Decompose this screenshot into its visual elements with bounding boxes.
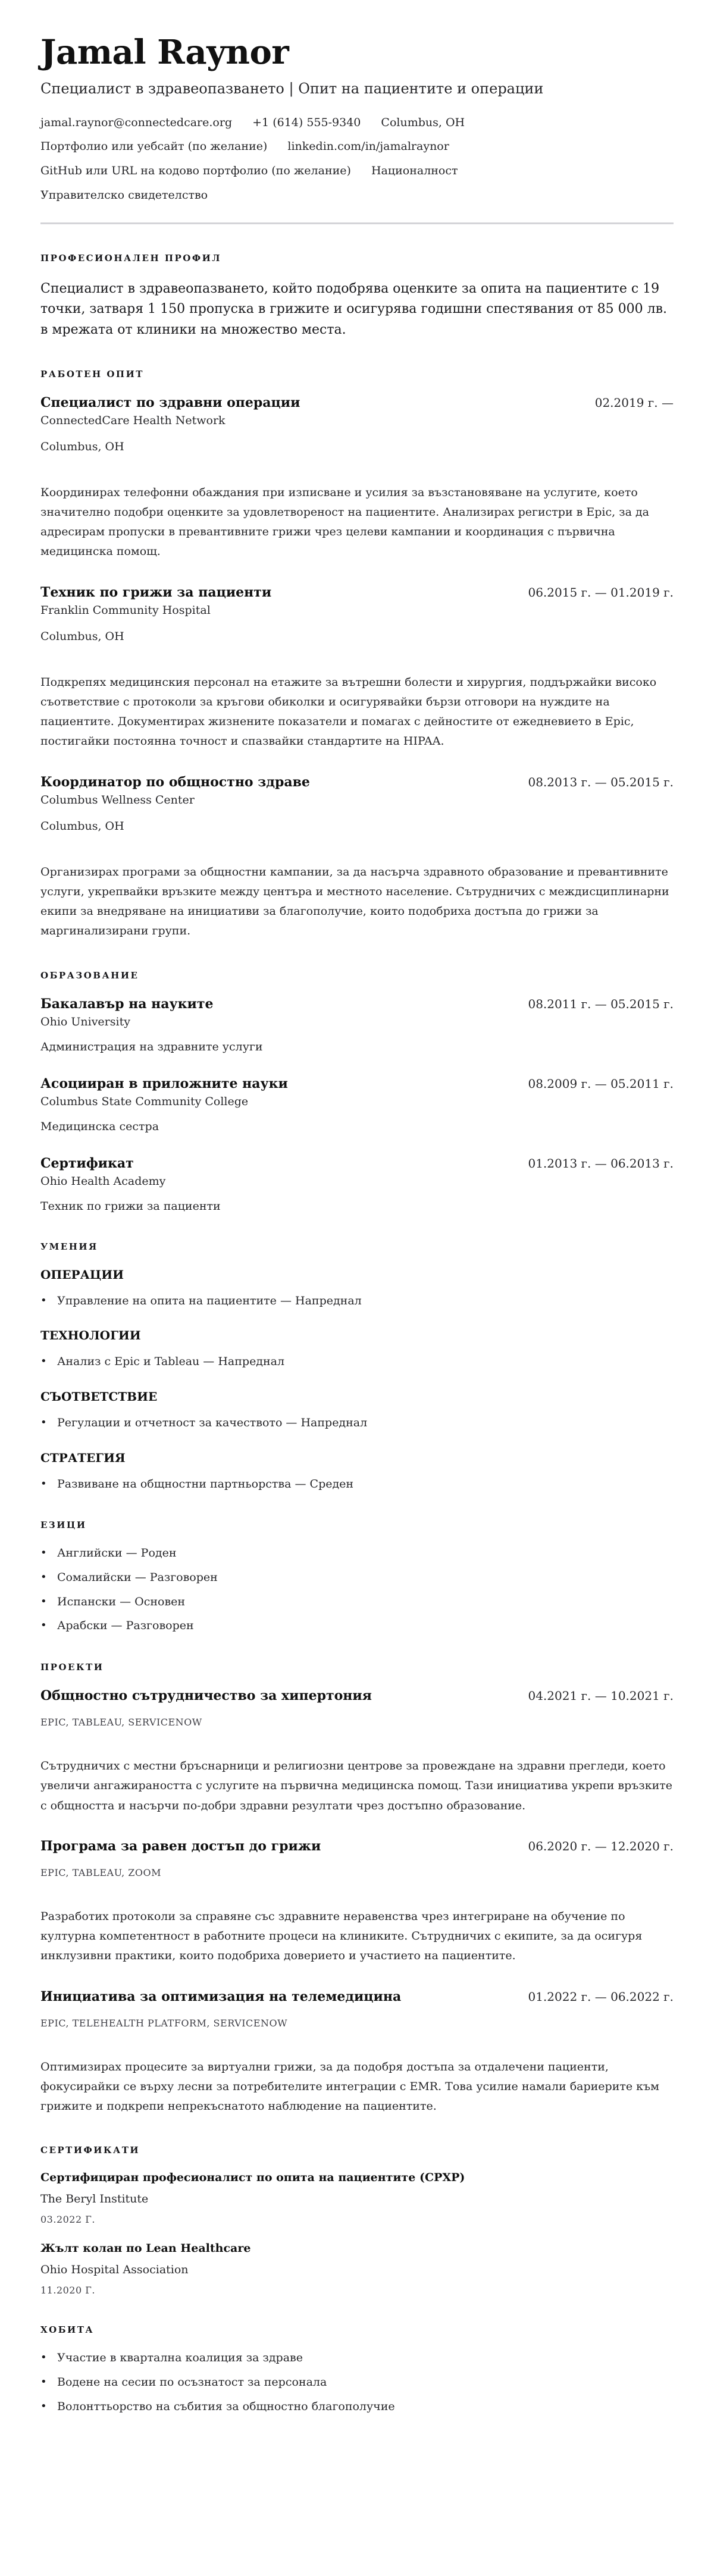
headline: Специалист в здравеопазването | Опит на …: [40, 80, 674, 98]
portfolio-link[interactable]: Портфолио или уебсайт (по желание): [40, 140, 267, 153]
section-title: Сертификати: [40, 2145, 674, 2155]
education-entry: Бакалавър на науките08.2011 г. — 05.2015…: [40, 996, 674, 1053]
experience-list: Специалист по здравни операции02.2019 г.…: [40, 395, 674, 942]
employer: Columbus Wellness Center: [40, 793, 674, 807]
skill-group: СТРАТЕГИЯРазвиване на общностни партньор…: [40, 1451, 674, 1492]
education-section: Образование Бакалавър на науките08.2011 …: [40, 970, 674, 1213]
section-title: Проекти: [40, 1662, 674, 1673]
project-dates: 06.2020 г. — 12.2020 г.: [528, 1839, 674, 1853]
experience-section: Работен опит Специалист по здравни опера…: [40, 369, 674, 942]
degree: Сертификат: [40, 1156, 134, 1171]
certificate-title: Жълт колан по Lean Healthcare: [40, 2242, 674, 2255]
hobby-item: Водене на сесии по осъзнатост за персона…: [40, 2375, 674, 2390]
license-text: Управителско свидетелство: [40, 189, 208, 202]
skill-item: Управление на опита на пациентите — Напр…: [40, 1294, 674, 1309]
github-link[interactable]: GitHub или URL на кодово портфолио (по ж…: [40, 164, 351, 177]
project-description: Разработих протоколи за справяне със здр…: [40, 1907, 674, 1966]
skill-item: Развиване на общностни партньорства — Ср…: [40, 1477, 674, 1492]
profile-summary: Специалист в здравеопазването, който под…: [40, 279, 674, 340]
hobbies-list: Участие в квартална коалиция за здравеВо…: [40, 2351, 674, 2414]
entry-header: Координатор по общностно здраве08.2013 г…: [40, 774, 674, 790]
skills-list: ОПЕРАЦИИУправление на опита на пациентит…: [40, 1267, 674, 1492]
certificate-issuer: Ohio Hospital Association: [40, 2263, 674, 2276]
job-dates: 08.2013 г. — 05.2015 г.: [528, 775, 674, 789]
skill-group: СЪОТВЕТСТВИЕРегулации и отчетност за кач…: [40, 1389, 674, 1430]
job-description: Координирах телефонни обаждания при изпи…: [40, 483, 674, 562]
section-title: Образование: [40, 970, 674, 981]
skill-group: ТЕХНОЛОГИИАнализ с Epic и Tableau — Напр…: [40, 1328, 674, 1369]
education-list: Бакалавър на науките08.2011 г. — 05.2015…: [40, 996, 674, 1213]
certificate-issuer: The Beryl Institute: [40, 2192, 674, 2205]
candidate-name: Jamal Raynor: [40, 33, 674, 71]
field-of-study: Техник по грижи за пациенти: [40, 1200, 674, 1213]
certificate-title: Сертифициран професионалист по опита на …: [40, 2171, 674, 2184]
school: Columbus State Community College: [40, 1095, 674, 1108]
certificate-date: 03.2022 Г.: [40, 2214, 674, 2225]
phone-text: +1 (614) 555-9340: [252, 116, 361, 129]
job-dates: 02.2019 г. —: [595, 396, 674, 410]
skill-group-title: ОПЕРАЦИИ: [40, 1267, 674, 1282]
certificates-section: Сертификати Сертифициран професионалист …: [40, 2145, 674, 2296]
project-tags: Epic, Telehealth Platform, ServiceNow: [40, 2017, 674, 2029]
section-title: Езици: [40, 1520, 674, 1530]
contact-info: jamal.raynor@connectedcare.org +1 (614) …: [40, 115, 674, 203]
experience-entry: Техник по грижи за пациенти06.2015 г. — …: [40, 585, 674, 752]
certificates-list: Сертифициран професионалист по опита на …: [40, 2171, 674, 2296]
hobbies-section: Хобита Участие в квартална коалиция за з…: [40, 2324, 674, 2414]
entry-header: Инициатива за оптимизация на телемедицин…: [40, 1989, 674, 2004]
entry-header: Специалист по здравни операции02.2019 г.…: [40, 395, 674, 410]
project-entry: Инициатива за оптимизация на телемедицин…: [40, 1989, 674, 2117]
skill-group-title: СТРАТЕГИЯ: [40, 1451, 674, 1465]
skill-group: ОПЕРАЦИИУправление на опита на пациентит…: [40, 1267, 674, 1309]
location-text: Columbus, OH: [381, 116, 465, 129]
project-dates: 04.2021 г. — 10.2021 г.: [528, 1689, 674, 1703]
project-entry: Програма за равен достъп до грижи06.2020…: [40, 1838, 674, 1966]
hobby-item: Волонттьорство на събития за общностно б…: [40, 2399, 674, 2414]
contact-line: Портфолио или уебсайт (по желание) linke…: [40, 139, 674, 154]
skills-section: Умения ОПЕРАЦИИУправление на опита на па…: [40, 1241, 674, 1492]
entry-header: Сертификат01.2013 г. — 06.2013 г.: [40, 1156, 674, 1171]
skill-item: Регулации и отчетност за качеството — На…: [40, 1416, 674, 1430]
languages-list: Английски — РоденСомалийски — Разговорен…: [40, 1546, 674, 1633]
contact-line: jamal.raynor@connectedcare.org +1 (614) …: [40, 115, 674, 130]
header-divider: [40, 222, 674, 224]
job-title: Техник по грижи за пациенти: [40, 585, 271, 600]
degree: Асоцииран в приложните науки: [40, 1076, 288, 1091]
experience-entry: Специалист по здравни операции02.2019 г.…: [40, 395, 674, 562]
job-description: Подкрепях медицинския персонал на етажит…: [40, 673, 674, 752]
employer: Franklin Community Hospital: [40, 604, 674, 617]
resume-page: Jamal Raynor Специалист в здравеопазване…: [0, 0, 714, 2459]
skill-list: Анализ с Epic и Tableau — Напреднал: [40, 1354, 674, 1369]
profile-section: Професионален профил Специалист в здраве…: [40, 253, 674, 340]
skill-group-title: СЪОТВЕТСТВИЕ: [40, 1389, 674, 1404]
job-dates: 06.2015 г. — 01.2019 г.: [528, 585, 674, 600]
language-item: Испански — Основен: [40, 1595, 674, 1609]
project-description: Оптимизирах процесите за виртуални грижи…: [40, 2057, 674, 2117]
education-dates: 08.2011 г. — 05.2015 г.: [528, 997, 674, 1011]
project-tags: Epic, Tableau, Zoom: [40, 1867, 674, 1878]
experience-entry: Координатор по общностно здраве08.2013 г…: [40, 774, 674, 942]
project-entry: Общностно сътрудничество за хипертония04…: [40, 1688, 674, 1816]
skill-list: Регулации и отчетност за качеството — На…: [40, 1416, 674, 1430]
job-title: Координатор по общностно здраве: [40, 774, 310, 790]
contact-line: Управителско свидетелство: [40, 188, 674, 203]
school: Ohio Health Academy: [40, 1175, 674, 1188]
field-of-study: Администрация на здравните услуги: [40, 1040, 674, 1053]
education-entry: Асоцииран в приложните науки08.2009 г. —…: [40, 1076, 674, 1133]
nationality-text: Националност: [371, 164, 458, 177]
language-item: Арабски — Разговорен: [40, 1618, 674, 1633]
section-title: Хобита: [40, 2324, 674, 2335]
entry-header: Техник по грижи за пациенти06.2015 г. — …: [40, 585, 674, 600]
section-title: Работен опит: [40, 369, 674, 379]
skill-list: Управление на опита на пациентите — Напр…: [40, 1294, 674, 1309]
project-tags: Epic, Tableau, ServiceNow: [40, 1717, 674, 1728]
entry-header: Програма за равен достъп до грижи06.2020…: [40, 1838, 674, 1854]
certificate-entry: Жълт колан по Lean HealthcareOhio Hospit…: [40, 2242, 674, 2296]
skill-group-title: ТЕХНОЛОГИИ: [40, 1328, 674, 1342]
project-description: Сътрудничих с местни бръснарници и религ…: [40, 1756, 674, 1816]
degree: Бакалавър на науките: [40, 996, 213, 1012]
entry-header: Асоцииран в приложните науки08.2009 г. —…: [40, 1076, 674, 1091]
employer: ConnectedCare Health Network: [40, 414, 674, 427]
resume-header: Jamal Raynor Специалист в здравеопазване…: [40, 33, 674, 224]
languages-section: Езици Английски — РоденСомалийски — Разг…: [40, 1520, 674, 1633]
skill-list: Развиване на общностни партньорства — Ср…: [40, 1477, 674, 1492]
project-title: Инициатива за оптимизация на телемедицин…: [40, 1989, 401, 2004]
hobby-item: Участие в квартална коалиция за здраве: [40, 2351, 674, 2365]
education-dates: 01.2013 г. — 06.2013 г.: [528, 1156, 674, 1171]
projects-list: Общностно сътрудничество за хипертония04…: [40, 1688, 674, 2116]
contact-line: GitHub или URL на кодово портфолио (по ж…: [40, 164, 674, 178]
entry-header: Бакалавър на науките08.2011 г. — 05.2015…: [40, 996, 674, 1012]
job-title: Специалист по здравни операции: [40, 395, 300, 410]
project-title: Програма за равен достъп до грижи: [40, 1838, 321, 1854]
job-location: Columbus, OH: [40, 440, 674, 453]
skill-item: Анализ с Epic и Tableau — Напреднал: [40, 1354, 674, 1369]
linkedin-link[interactable]: linkedin.com/in/jamalraynor: [287, 140, 449, 153]
email-link[interactable]: jamal.raynor@connectedcare.org: [40, 116, 232, 129]
language-item: Сомалийски — Разговорен: [40, 1570, 674, 1585]
projects-section: Проекти Общностно сътрудничество за хипе…: [40, 1662, 674, 2116]
project-title: Общностно сътрудничество за хипертония: [40, 1688, 372, 1703]
school: Ohio University: [40, 1015, 674, 1028]
certificate-entry: Сертифициран професионалист по опита на …: [40, 2171, 674, 2225]
entry-header: Общностно сътрудничество за хипертония04…: [40, 1688, 674, 1703]
project-dates: 01.2022 г. — 06.2022 г.: [528, 1990, 674, 2004]
job-description: Организирах програми за общностни кампан…: [40, 862, 674, 942]
field-of-study: Медицинска сестра: [40, 1120, 674, 1133]
job-location: Columbus, OH: [40, 820, 674, 833]
certificate-date: 11.2020 Г.: [40, 2285, 674, 2296]
job-location: Columbus, OH: [40, 630, 674, 643]
education-dates: 08.2009 г. — 05.2011 г.: [528, 1077, 674, 1091]
education-entry: Сертификат01.2013 г. — 06.2013 г.Ohio He…: [40, 1156, 674, 1213]
language-item: Английски — Роден: [40, 1546, 674, 1561]
section-title: Професионален профил: [40, 253, 674, 263]
section-title: Умения: [40, 1241, 674, 1252]
